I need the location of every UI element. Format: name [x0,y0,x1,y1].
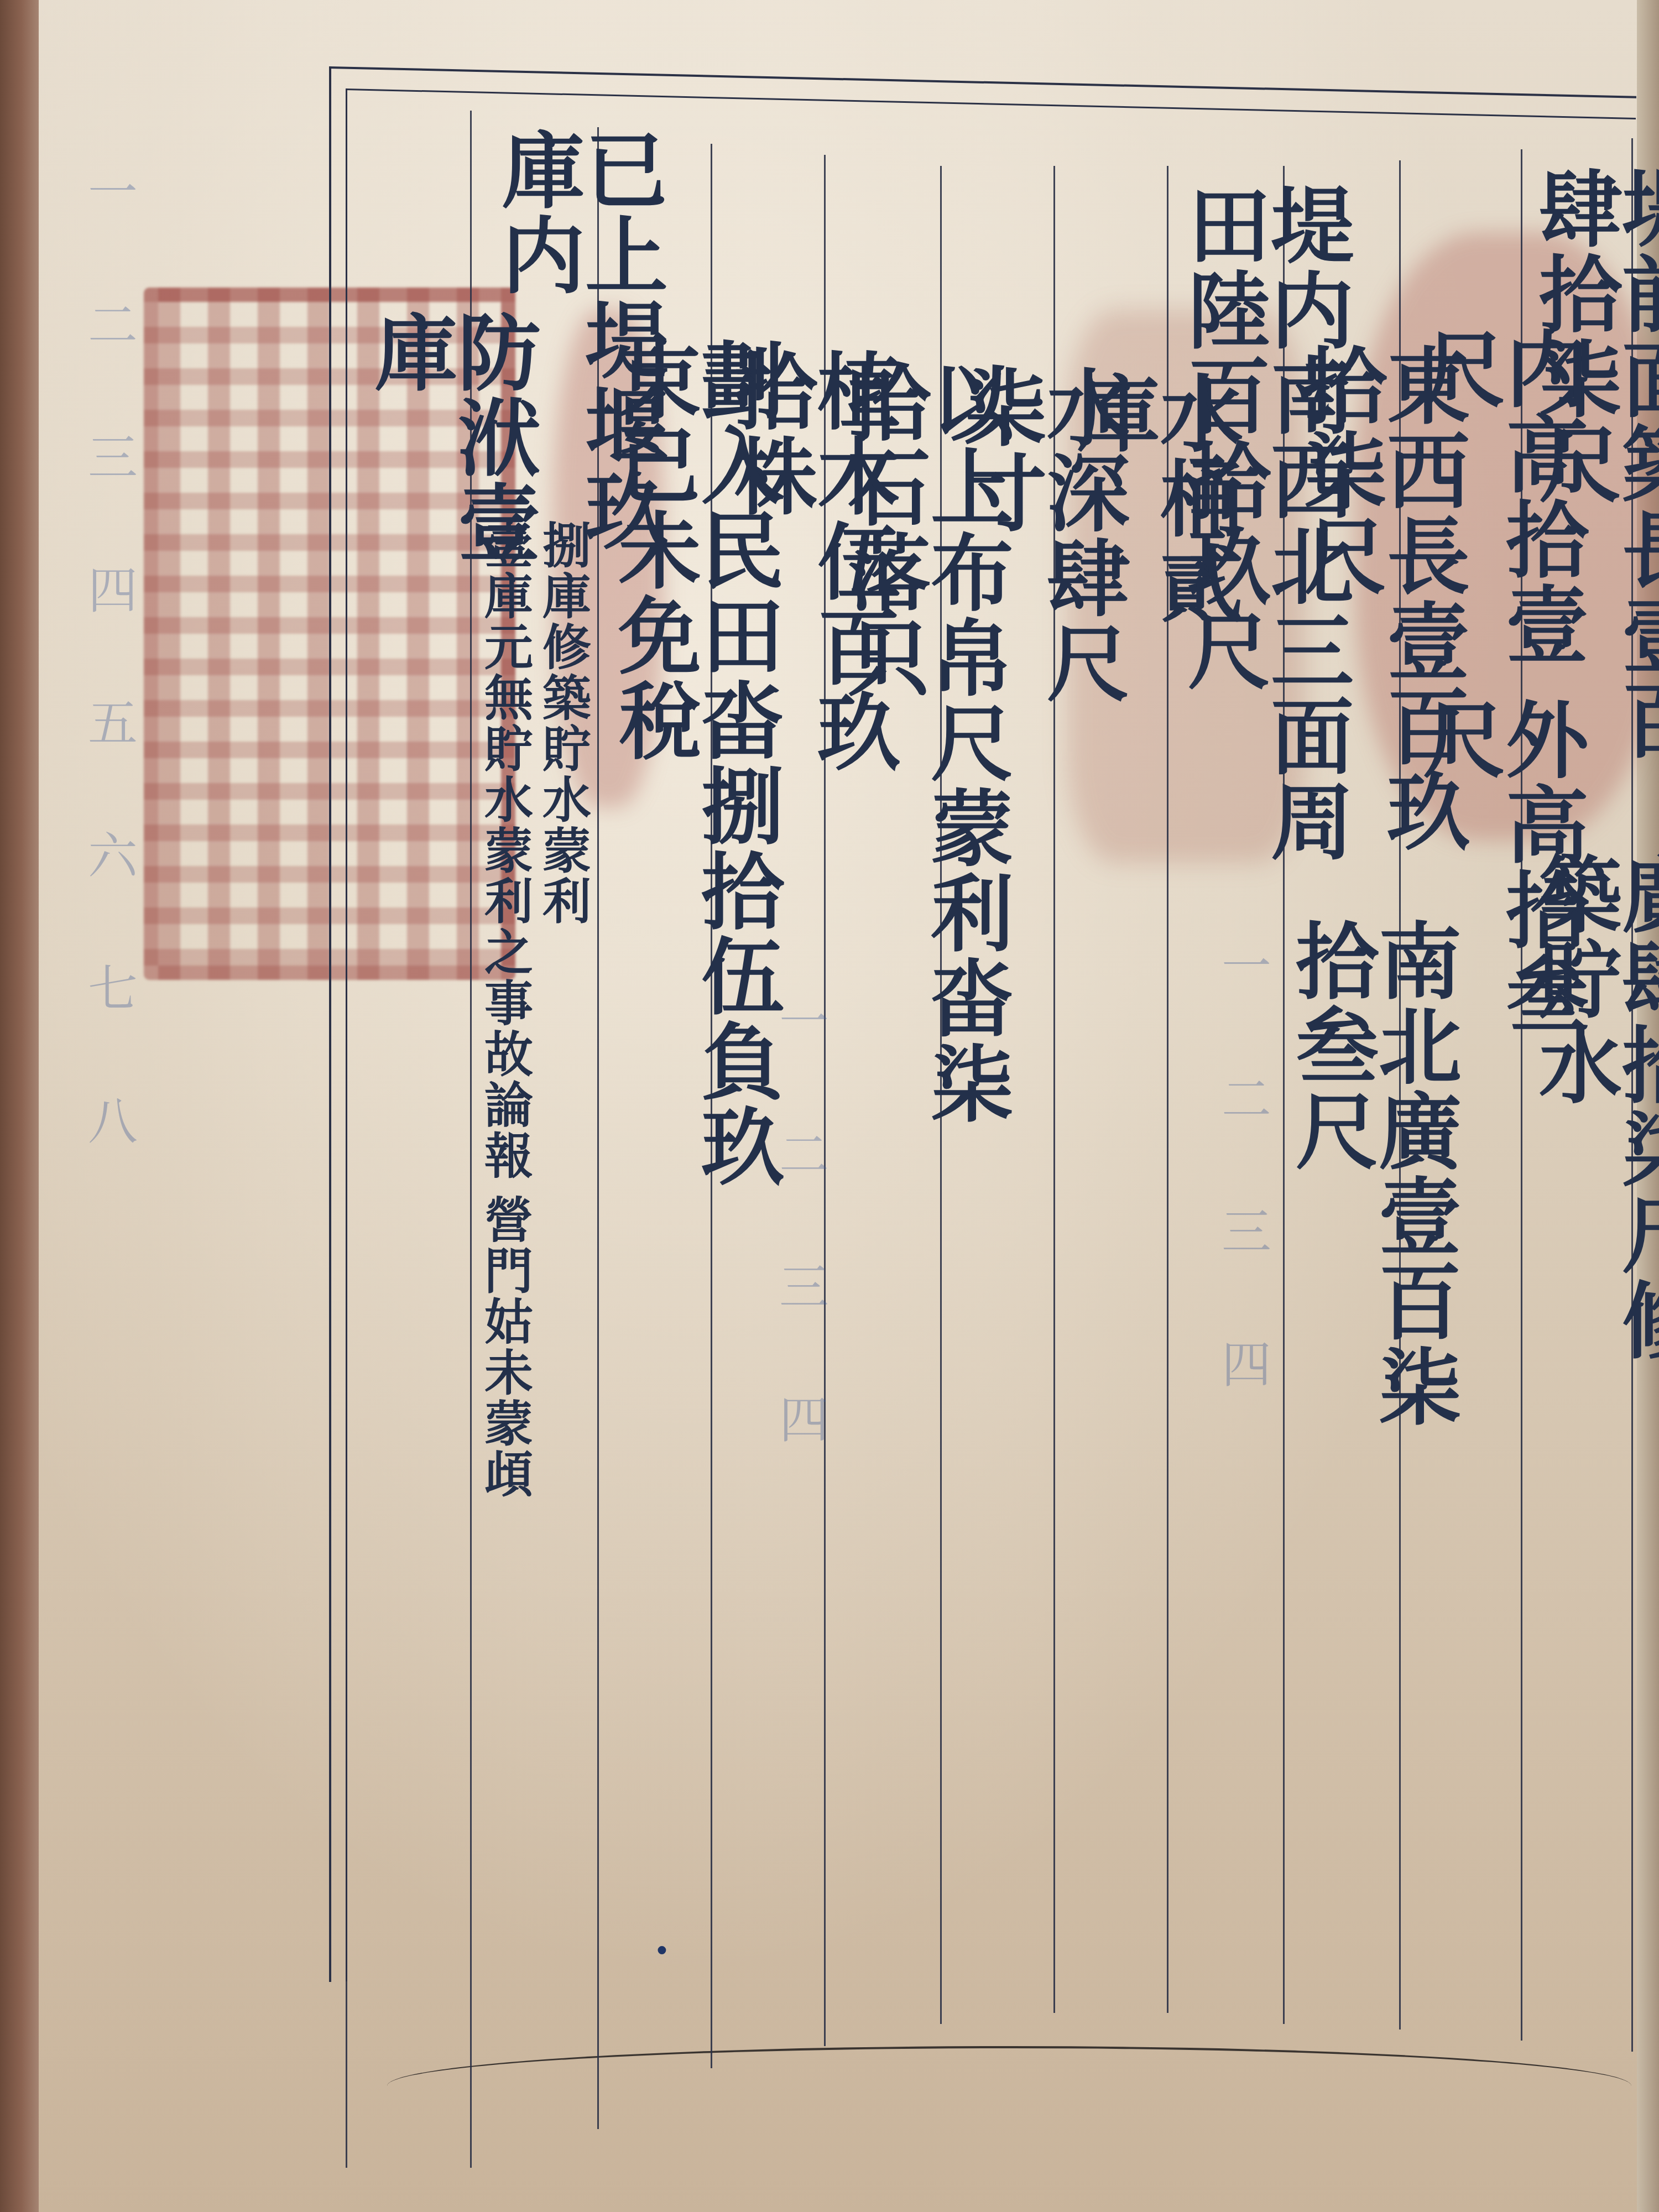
handwritten-mark: · [636,1924,688,2146]
column-10-note-bottom: 營門姑未蒙頉 [481,1194,530,1526]
book-spine-edge [0,0,39,2212]
column-3-north-south-width: 南北廣壹百柒拾叁尺 [1288,918,1454,1471]
column-10-note-right: 捌庫修築貯水蒙利 [539,520,588,1018]
column-11-weir: 防洑壹庫 [368,310,534,641]
frame-bottom-border [387,2046,1631,2126]
column-rule [346,88,347,2168]
bleed-through-text: 一 二 三 四 五 六 七 八 [72,166,144,2157]
bleed-through-text: 一 二 三 四 [1206,940,1277,2046]
